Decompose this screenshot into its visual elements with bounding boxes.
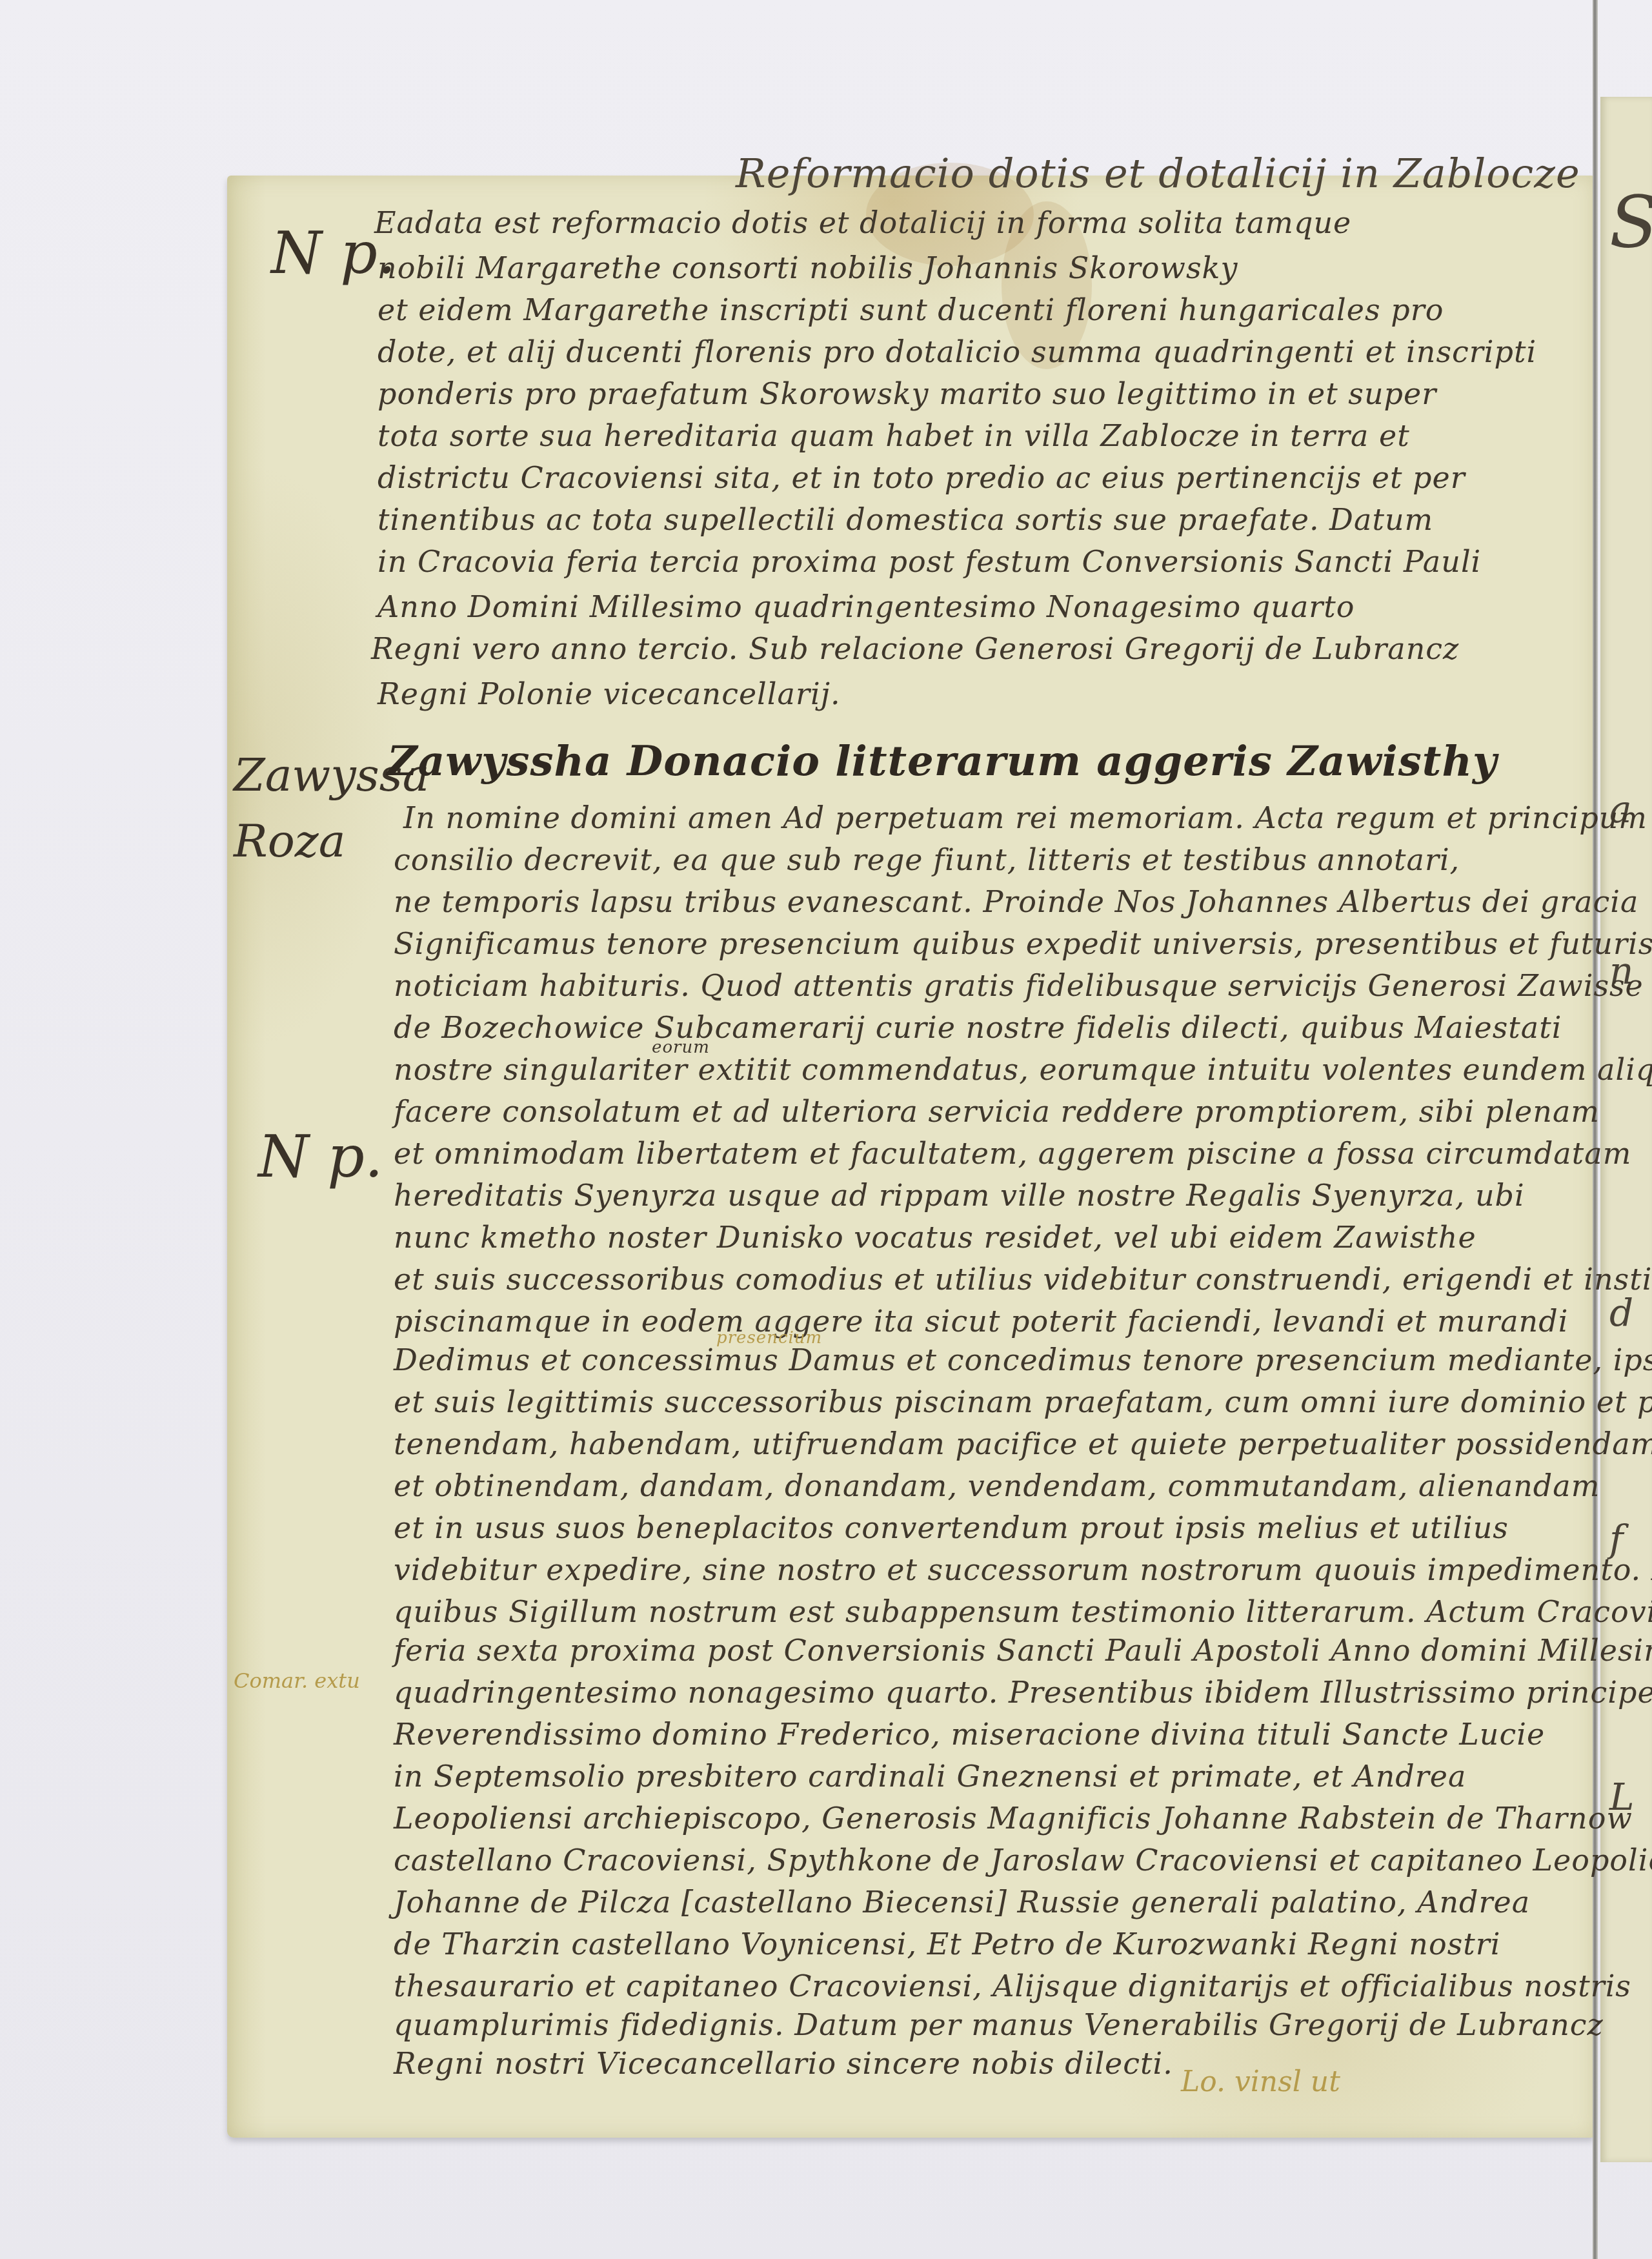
bottom-faded-note: Lo. vinsl ut [1181,2065,1340,2098]
text-line: Anno Domini Millesimo quadringentesimo N… [378,589,1355,624]
text-line: de Bozechowice Subcamerarij curie nostre… [394,1010,1562,1045]
text-line: ponderis pro praefatum Skorowsky marito … [378,376,1436,411]
text-line: Regni nostri Vicecancellario sincere nob… [394,2046,1173,2081]
text-line: Significamus tenore presencium quibus ex… [394,926,1652,961]
adjacent-page-fragment: d [1609,1291,1633,1335]
text-line: tota sorte sua hereditaria quam habet in… [378,418,1410,453]
entry-title: Reformacio dotis et dotalicij in Zablocz… [736,150,1580,197]
text-line: et suis legittimis successoribus piscina… [394,1384,1652,1419]
text-line: Reverendissimo domino Frederico, miserac… [394,1717,1545,1752]
text-line: Johanne de Pilcza [castellano Biecensi] … [394,1885,1530,1920]
adjacent-page-fragment: S [1609,181,1652,263]
text-line: tenendam, habendam, utifruendam pacifice… [394,1426,1652,1461]
text-line: et in usus suos beneplacitos convertendu… [394,1510,1509,1545]
text-line: Regni vero anno tercio. Sub relacione Ge… [371,631,1459,666]
text-line: nostre singulariter extitit commendatus,… [394,1052,1652,1087]
text-line: videbitur expedire, sine nostro et succe… [394,1552,1652,1587]
margin-mark-np: N p. [258,1123,383,1191]
margin-note-comar: Comar. extu [234,1668,360,1693]
text-line: dote, et alij ducenti florenis pro dotal… [378,334,1536,369]
text-line: ne temporis lapsu tribus evanescant. Pro… [394,884,1638,919]
text-line: nunc kmetho noster Dunisko vocatus resid… [394,1220,1476,1255]
text-line: consilio decrevit, ea que sub rege fiunt… [394,842,1460,877]
text-line: noticiam habituris. Quod attentis gratis… [394,968,1652,1003]
text-line: districtu Cracoviensi sita, et in toto p… [378,460,1466,495]
text-line: Leopoliensi archiepiscopo, Generosis Mag… [394,1801,1633,1836]
text-line: castellano Cracoviensi, Spythkone de Jar… [394,1843,1652,1878]
entry-heading: Zawyssha Donacio litterarum aggeris Zawi… [387,737,1497,785]
text-line: piscinamque in eodem aggere ita sicut po… [394,1304,1568,1339]
text-line: facere consolatum et ad ulteriora servic… [394,1094,1600,1129]
binding-gutter [1593,0,1598,2259]
text-line: et obtinendam, dandam, donandam, vendend… [394,1468,1600,1503]
text-line: hereditatis Syenyrza usque ad rippam vil… [394,1178,1525,1213]
text-line: et suis successoribus comodius et utiliu… [394,1262,1652,1297]
text-line: nobili Margarethe consorti nobilis Johan… [378,250,1238,285]
text-line: In nomine domini amen Ad perpetuam rei m… [403,800,1647,835]
text-line: quamplurimis fidedignis. Datum per manus… [394,2007,1604,2042]
text-line: Eadata est reformacio dotis et dotalicij… [374,205,1351,240]
text-line: in Cracovia feria tercia proxima post fe… [378,544,1481,579]
text-line: tinentibus ac tota supellectili domestic… [378,502,1433,537]
text-line: de Tharzin castellano Voynicensi, Et Pet… [394,1927,1500,1961]
text-line: feria sexta proxima post Conversionis Sa… [394,1633,1652,1668]
text-line: Dedimus et concessimus Damus et concedim… [394,1342,1652,1377]
text-line: Regni Polonie vicecancellarij. [378,676,841,711]
text-line: in Septemsolio presbitero cardinali Gnez… [394,1759,1466,1794]
text-line: et eidem Margarethe inscripti sunt ducen… [378,292,1444,327]
text-line: quibus Sigillum nostrum est subappensum … [394,1594,1652,1629]
text-line: et omnimodam libertatem et facultatem, a… [394,1136,1631,1171]
margin-name-roza: Roza [234,815,345,867]
text-line: quadringentesimo nonagesimo quarto. Pres… [394,1675,1652,1710]
text-line: thesaurario et capitaneo Cracoviensi, Al… [394,1969,1631,2003]
